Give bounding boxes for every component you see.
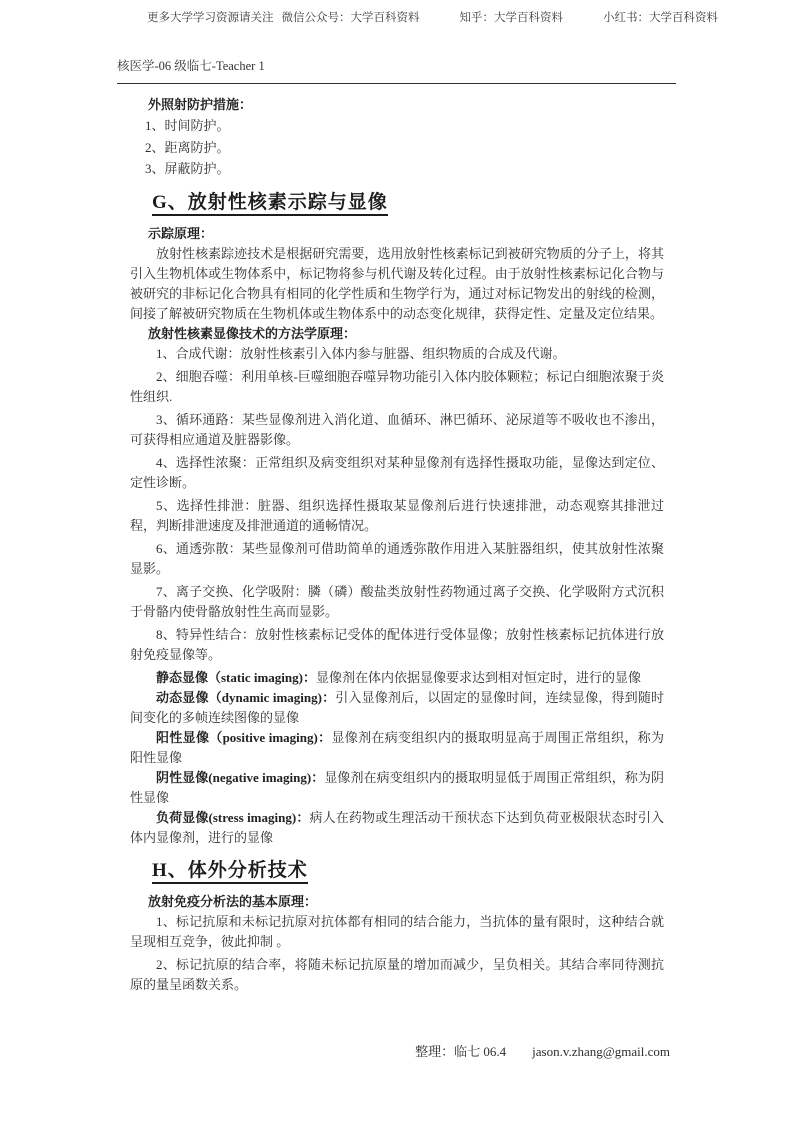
imaging-method-item: 7、离子交换、化学吸附：膦（磷）酸盐类放射性药物通过离子交换、化学吸附方式沉积于… (130, 582, 664, 622)
protection-item: 2、距离防护。 (130, 137, 664, 159)
page-footer: 整理：临七 06.4jason.v.zhang@gmail.com (130, 1041, 670, 1060)
section-g-heading: G、放射性核素示踪与显像 (152, 191, 664, 215)
imaging-method-item: 1、合成代谢：放射性核素引入体内参与脏器、组织物质的合成及代谢。 (130, 344, 664, 364)
protection-heading: 外照射防护措施： (130, 95, 664, 115)
ria-principle-heading: 放射免疫分析法的基本原理： (130, 892, 664, 912)
promo-wechat: 微信公众号：大学百科资料 (282, 12, 420, 24)
imaging-method-item: 6、通透弥散：某些显像剂可借助简单的通透弥散作用进入某脏器组织，使其放射性浓聚显… (130, 539, 664, 579)
imaging-def: 静态显像（static imaging)：显像剂在体内依据显像要求达到相对恒定时… (130, 668, 664, 688)
section-h-heading: H、体外分析技术 (152, 859, 664, 883)
imaging-def: 动态显像（dynamic imaging)：引入显像剂后，以固定的显像时间，连续… (130, 688, 664, 728)
protection-item: 3、屏蔽防护。 (130, 158, 664, 180)
imaging-def-term: 静态显像（static imaging)： (156, 670, 316, 685)
imaging-def-text: 显像剂在体内依据显像要求达到相对恒定时，进行的显像 (316, 670, 641, 685)
promo-lead: 更多大学学习资源请关注 (147, 12, 274, 24)
header-rule (117, 83, 676, 84)
imaging-def: 负荷显像(stress imaging)：病人在药物或生理活动干预状态下达到负荷… (130, 808, 664, 848)
promo-header: 更多大学学习资源请关注微信公众号：大学百科资料知乎：大学百科资料小红书：大学百科… (147, 9, 718, 25)
promo-xiaohongshu: 小红书：大学百科资料 (603, 12, 718, 24)
imaging-method-item: 4、选择性浓聚：正常组织及病变组织对某种显像剂有选择性摄取功能，显像达到定位、定… (130, 453, 664, 493)
ria-point: 2、标记抗原的结合率，将随未标记抗原量的增加而减少，呈负相关。其结合率同待测抗原… (130, 955, 664, 995)
tracer-principle-paragraph: 放射性核素踪迹技术是根据研究需要，选用放射性核素标记到被研究物质的分子上，将其引… (130, 244, 664, 324)
imaging-def-term: 阳性显像（positive imaging)： (156, 730, 331, 745)
document-body: 外照射防护措施： 1、时间防护。 2、距离防护。 3、屏蔽防护。 G、放射性核素… (130, 95, 664, 998)
section-h-heading-text: H、体外分析技术 (152, 860, 308, 884)
course-header: 核医学-06 级临七-Teacher 1 (117, 56, 265, 74)
tracer-principle-heading: 示踪原理： (130, 224, 664, 244)
section-g-heading-text: G、放射性核素示踪与显像 (152, 192, 388, 216)
imaging-method-item: 2、细胞吞噬：利用单核-巨噬细胞吞噬异物功能引入体内胶体颗粒；标记白细胞浓聚于炎… (130, 367, 664, 407)
imaging-def: 阳性显像（positive imaging)：显像剂在病变组织内的摄取明显高于周… (130, 728, 664, 768)
imaging-def-term: 动态显像（dynamic imaging)： (156, 690, 335, 705)
imaging-method-item: 8、特异性结合：放射性核素标记受体的配体进行受体显像；放射性核素标记抗体进行放射… (130, 625, 664, 665)
imaging-def: 阴性显像(negative imaging)：显像剂在病变组织内的摄取明显低于周… (130, 768, 664, 808)
imaging-def-term: 负荷显像(stress imaging)： (156, 810, 309, 825)
ria-point: 1、标记抗原和未标记抗原对抗体都有相同的结合能力，当抗体的量有限时，这种结合就呈… (130, 912, 664, 952)
imaging-method-item: 3、循环通路：某些显像剂进入消化道、血循环、淋巴循环、泌尿道等不吸收也不渗出，可… (130, 410, 664, 450)
imaging-def-term: 阴性显像(negative imaging)： (156, 770, 324, 785)
document-page: 更多大学学习资源请关注微信公众号：大学百科资料知乎：大学百科资料小红书：大学百科… (0, 0, 793, 1122)
imaging-method-item: 5、选择性排泄：脏器、组织选择性摄取某显像剂后进行快速排泄，动态观察其排泄过程，… (130, 496, 664, 536)
footer-email: jason.v.zhang@gmail.com (532, 1044, 670, 1059)
promo-zhihu: 知乎：大学百科资料 (460, 12, 564, 24)
protection-item: 1、时间防护。 (130, 115, 664, 137)
footer-credit: 整理：临七 06.4 (415, 1044, 506, 1059)
imaging-methods-heading: 放射性核素显像技术的方法学原理： (130, 324, 664, 344)
